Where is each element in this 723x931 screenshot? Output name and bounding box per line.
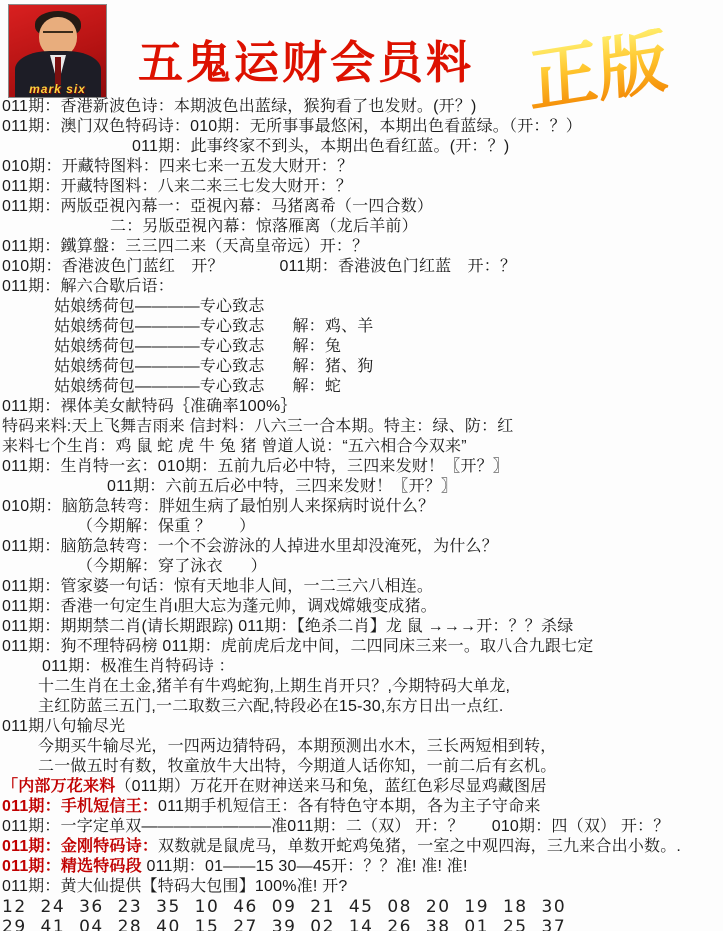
text-segment: 主红防蓝三五门,一二取数三六配,特段必在15-30,东方日出一点红.	[38, 698, 504, 715]
text-line: （今期解：保重 ？ ）	[2, 517, 723, 537]
text-segment: 姑娘绣荷包————专心致志	[54, 298, 265, 315]
text-segment: 双数就是鼠虎马，单数开蛇鸡兔猪，一室之中观四海，三九来合出小数。.	[158, 838, 681, 855]
text-line: 姑娘绣荷包————专心致志	[2, 297, 723, 317]
text-segment: 011期：两版亞視內幕一：亞視內幕：马猪离希（一四合数）	[2, 198, 433, 215]
text-line: 011期：黄大仙提供【特码大包围】100%准! 开?	[2, 877, 723, 897]
text-segment: 010期：香港波色门蓝红 开？ 011期：香港波色门红蓝 开：？	[2, 258, 516, 275]
text-line: 011期：六前五后必中特，三四来发财！〖开？〗	[2, 477, 723, 497]
text-segment: 姑娘绣荷包————专心致志 解：鸡、羊	[54, 318, 373, 335]
text-segment: 011期：脑筋急转弯：一个不会游泳的人掉进水里却没淹死，为什么？	[2, 538, 498, 555]
text-segment: 011期：管家婆一句话：惊有天地非人间，一二三六八相连。	[2, 578, 433, 595]
text-segment: 011期：开藏特图料：八来二来三七发大财开：？	[2, 178, 352, 195]
content-lines: 011期：香港新波色诗：本期波色出蓝绿，猴狗看了也发财。(开？)011期：澳门双…	[2, 97, 723, 931]
text-line: 011期：极准生肖特码诗 ：	[2, 657, 723, 677]
text-line: 010期：开藏特图料：四来七来一五发大财开：？	[2, 157, 723, 177]
text-segment: 今期买牛输尽光，一四两边猜特码，本期预测出水木，三长两短相到转，	[38, 738, 556, 755]
text-segment: 011期：六前五后必中特，三四来发财！〖开？〗	[107, 478, 457, 495]
page-title: 五鬼运财会员料	[138, 26, 474, 91]
text-line: 二：另版亞視內幕：惊落雁离（龙后羊前）	[2, 217, 723, 237]
text-segment: 011期：期期禁二肖(请长期跟踪) 011期：【绝杀二肖】龙 鼠 →→→开：？？…	[2, 618, 573, 635]
text-segment: 011期：黄大仙提供【特码大包围】100%准! 开?	[2, 878, 347, 895]
text-line: 011期：手机短信王：011期手机短信王：各有特色守本期，各为主子守命来	[2, 797, 723, 817]
text-segment: 011期：裸体美女献特码｛准确率100%｝	[2, 398, 297, 415]
text-segment: 011期：一字定单双————————准011期：二（双） 开：？ 010期：四（…	[2, 818, 669, 835]
text-segment: 29 41 04 28 40 15 27 39 02 14 26 38 01 2…	[2, 917, 566, 931]
text-line: 011期八句输尽光	[2, 717, 723, 737]
text-line: 011期：一字定单双————————准011期：二（双） 开：？ 010期：四（…	[2, 817, 723, 837]
numbers-row: 12 24 36 23 35 10 46 09 21 45 08 20 19 1…	[2, 897, 723, 917]
text-segment: （今期解：保重 ？ ）	[77, 518, 255, 535]
text-line: 特码来料:天上飞舞吉雨来 信封料：八六三一合本期。特主：绿、防：红	[2, 417, 723, 437]
text-segment: 姑娘绣荷包————专心致志 解：蛇	[54, 378, 341, 395]
text-segment: 011期：香港一句定生肖ι胆大忘为蓬元帅，调戏嫦娥变成猪。	[2, 598, 437, 615]
text-segment: 011期：鐵算盤：三三四二来（天高皇帝远）开：？	[2, 238, 368, 255]
text-segment: 010期：开藏特图料：四来七来一五发大财开：？	[2, 158, 353, 175]
text-segment: 姑娘绣荷包————专心致志 解：兔	[54, 338, 341, 355]
tipster-photo: mark six	[8, 4, 107, 98]
text-segment: 010期：脑筋急转弯：胖妞生病了最怕别人来探病时说什么？	[2, 498, 434, 515]
text-segment: 12 24 36 23 35 10 46 09 21 45 08 20 19 1…	[2, 897, 566, 917]
text-segment: 011期手机短信王：各有特色守本期，各为主子守命来	[158, 798, 541, 815]
text-line: 011期：香港新波色诗：本期波色出蓝绿，猴狗看了也发财。(开？)	[2, 97, 723, 117]
text-line: 姑娘绣荷包————专心致志 解：蛇	[2, 377, 723, 397]
text-segment: （今期解：穿了泳衣 ）	[77, 558, 267, 575]
highlight-segment: 011期：精选特码段	[2, 858, 142, 875]
text-segment: 011期八句输尽光	[2, 718, 125, 735]
text-segment: 姑娘绣荷包————专心致志 解：猪、狗	[54, 358, 373, 375]
text-line: 011期：裸体美女献特码｛准确率100%｝	[2, 397, 723, 417]
numbers-row: 29 41 04 28 40 15 27 39 02 14 26 38 01 2…	[2, 917, 723, 931]
text-line: 主红防蓝三五门,一二取数三六配,特段必在15-30,东方日出一点红.	[2, 697, 723, 717]
text-line: 今期买牛输尽光，一四两边猜特码，本期预测出水木，三长两短相到转，	[2, 737, 723, 757]
text-segment: 011期：澳门双色特码诗：010期：无所事事最悠闲，本期出色看蓝绿。（开：？）	[2, 118, 582, 135]
text-line: 011期：鐵算盤：三三四二来（天高皇帝远）开：？	[2, 237, 723, 257]
photo-glasses	[43, 31, 73, 40]
text-line: 011期：狗不理特码榜 011期：虎前虎后龙中间，二四同床三来一。取八合九跟七定	[2, 637, 723, 657]
text-line: 二一做五时有数，牧童放牛大出特，今期道人话你知，一前二后有玄机。	[2, 757, 723, 777]
text-line: 010期：脑筋急转弯：胖妞生病了最怕别人来探病时说什么？	[2, 497, 723, 517]
text-line: 姑娘绣荷包————专心致志 解：鸡、羊	[2, 317, 723, 337]
text-segment: 011期：香港新波色诗：本期波色出蓝绿，猴狗看了也发财。(开？)	[2, 98, 477, 115]
text-segment: 二一做五时有数，牧童放牛大出特，今期道人话你知，一前二后有玄机。	[38, 758, 556, 775]
highlight-segment: 「内部万花来料	[2, 778, 115, 795]
text-line: 011期：金刚特码诗：双数就是鼠虎马，单数开蛇鸡兔猪，一室之中观四海，三九来合出…	[2, 837, 723, 857]
text-segment: 特码来料:天上飞舞吉雨来 信封料：八六三一合本期。特主：绿、防：红	[2, 418, 514, 435]
text-segment: （011期）万花开在财神送来马和兔，蓝红色彩尽显鸡藏图居	[115, 778, 546, 795]
text-segment: 011期：极准生肖特码诗 ：	[42, 658, 235, 675]
text-line: 011期：解六合歇后语：	[2, 277, 723, 297]
text-line: 姑娘绣荷包————专心致志 解：兔	[2, 337, 723, 357]
text-line: 011期：管家婆一句话：惊有天地非人间，一二三六八相连。	[2, 577, 723, 597]
text-line: 010期：香港波色门蓝红 开？ 011期：香港波色门红蓝 开：？	[2, 257, 723, 277]
text-line: 来料七个生肖：鸡 鼠 蛇 虎 牛 兔 猪 曾道人说：“五六相合今双来”	[2, 437, 723, 457]
text-line: 姑娘绣荷包————专心致志 解：猪、狗	[2, 357, 723, 377]
text-line: 011期：澳门双色特码诗：010期：无所事事最悠闲，本期出色看蓝绿。（开：？）	[2, 117, 723, 137]
highlight-segment: 011期：金刚特码诗：	[2, 838, 158, 855]
photo-caption: mark six	[9, 82, 106, 96]
text-line: 011期：精选特码段 011期：01——15 30—45开：？？准! 准! 准!	[2, 857, 723, 877]
text-segment: 011期：此事终家不到头，本期出色看红蓝。(开：？)	[132, 138, 509, 155]
text-line: 011期：生肖特一玄：010期：五前九后必中特，三四来发财！〖开？〗	[2, 457, 723, 477]
photo-tie	[55, 57, 61, 85]
text-segment: 十二生肖在土金,猪羊有牛鸡蛇狗,上期生肖开只？,今期特码大单龙,	[38, 678, 510, 695]
text-line: 011期：开藏特图料：八来二来三七发大财开：？	[2, 177, 723, 197]
text-line: （今期解：穿了泳衣 ）	[2, 557, 723, 577]
text-segment: 011期：生肖特一玄：010期：五前九后必中特，三四来发财！〖开？〗	[2, 458, 509, 475]
highlight-segment: 011期：手机短信王：	[2, 798, 158, 815]
text-line: 011期：脑筋急转弯：一个不会游泳的人掉进水里却没淹死，为什么？	[2, 537, 723, 557]
text-line: 011期：此事终家不到头，本期出色看红蓝。(开：？)	[2, 137, 723, 157]
text-line: 「内部万花来料（011期）万花开在财神送来马和兔，蓝红色彩尽显鸡藏图居	[2, 777, 723, 797]
text-segment: 011期：01——15 30—45开：？？准! 准! 准!	[142, 858, 468, 875]
text-segment: 011期：解六合歇后语：	[2, 278, 174, 295]
text-segment: 来料七个生肖：鸡 鼠 蛇 虎 牛 兔 猪 曾道人说：“五六相合今双来”	[2, 438, 467, 455]
tip-sheet-page: mark six 五鬼运财会员料 正版 011期：香港新波色诗：本期波色出蓝绿，…	[0, 0, 723, 931]
text-line: 十二生肖在土金,猪羊有牛鸡蛇狗,上期生肖开只？,今期特码大单龙,	[2, 677, 723, 697]
text-segment: 二：另版亞視內幕：惊落雁离（龙后羊前）	[110, 218, 418, 235]
text-line: 011期：两版亞視內幕一：亞視內幕：马猪离希（一四合数）	[2, 197, 723, 217]
text-line: 011期：香港一句定生肖ι胆大忘为蓬元帅，调戏嫦娥变成猪。	[2, 597, 723, 617]
text-line: 011期：期期禁二肖(请长期跟踪) 011期：【绝杀二肖】龙 鼠 →→→开：？？…	[2, 617, 723, 637]
text-segment: 011期：狗不理特码榜 011期：虎前虎后龙中间，二四同床三来一。取八合九跟七定	[2, 638, 593, 655]
